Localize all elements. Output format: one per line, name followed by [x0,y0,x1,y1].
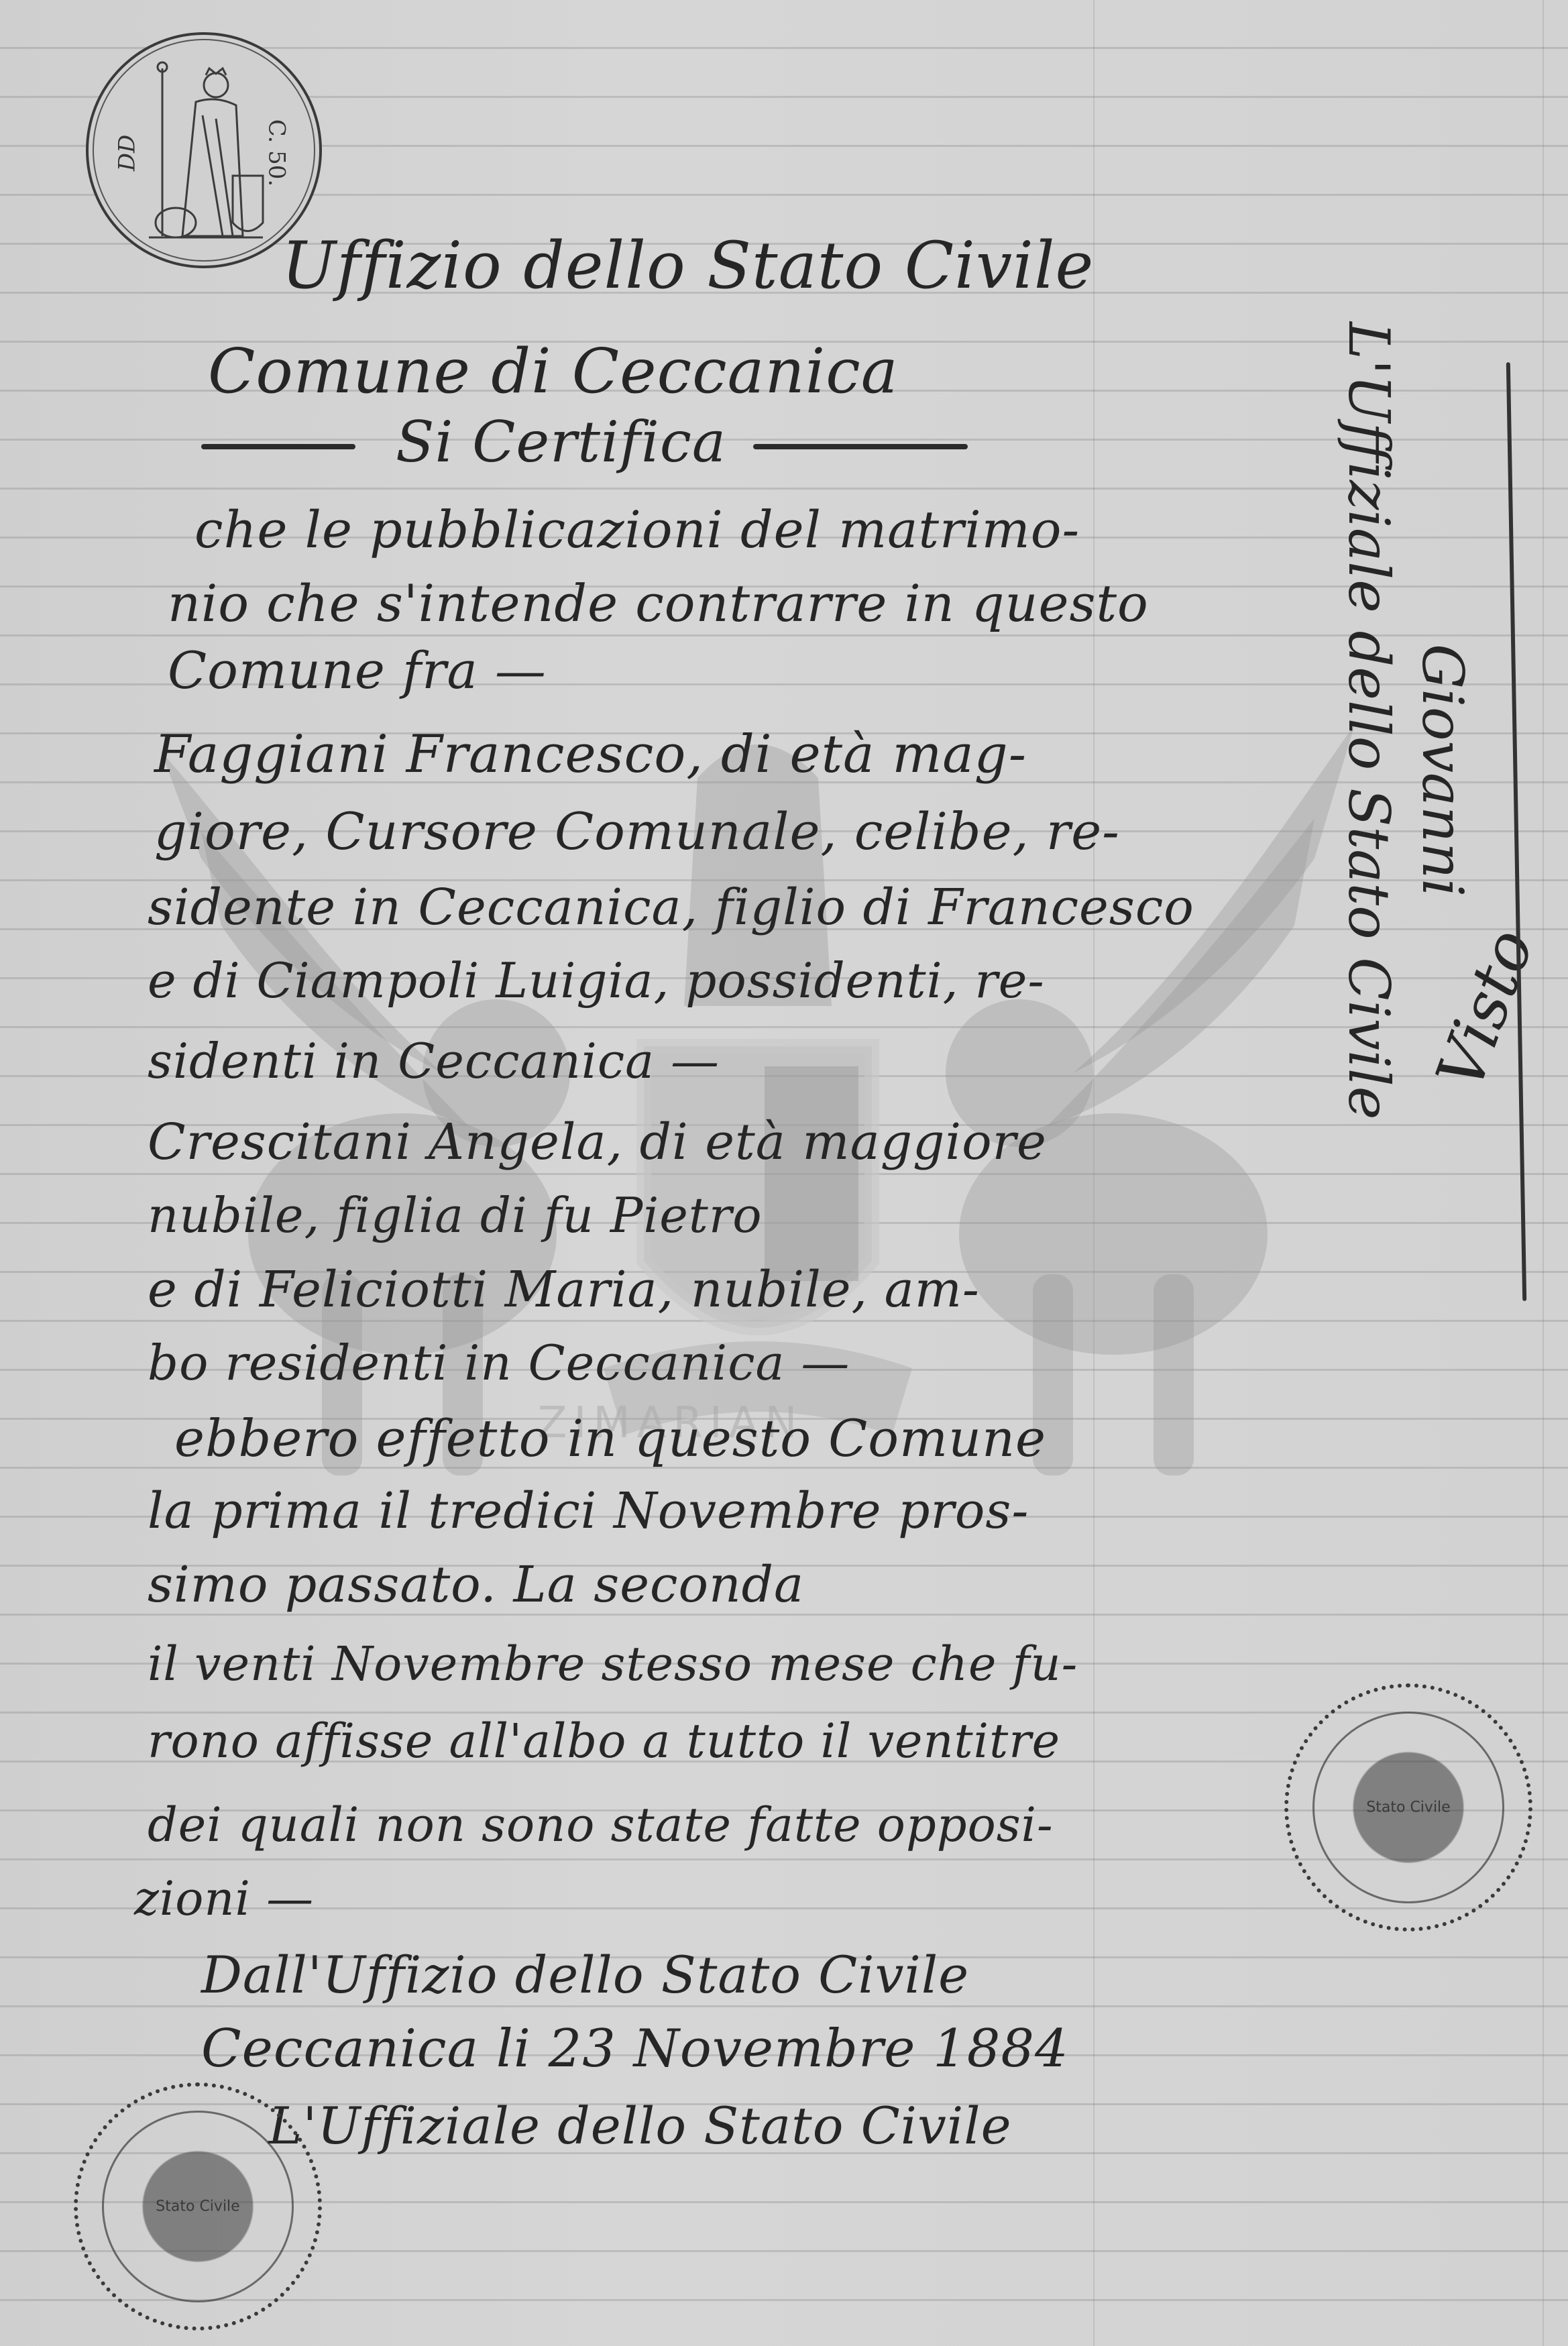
body-line: e di Ciampoli Luigia, possidenti, re- [148,952,1045,1009]
civil-registry-seal: Stato Civile [74,2082,322,2331]
heading-office: Uffizio dello Stato Civile [282,228,1094,303]
stamp-value-text: C. 50. [263,119,290,187]
margin-fold-line [1093,0,1095,2346]
margin-flourish [1506,362,1526,1301]
body-line: zioni — [134,1871,314,1926]
document-page: ZIMARIAN DD C. 50. Uffizio dello Stato C… [0,0,1568,2346]
closing-office: Dall'Uffizio dello Stato Civile [201,1945,969,2005]
certifica-text: Si Certifica [396,409,726,475]
body-line: sidenti in Ceccanica — [148,1033,720,1089]
body-line: e di Feliciotti Maria, nubile, am- [148,1261,980,1319]
body-line: sidente in Ceccanica, figlio di Francesc… [148,879,1194,936]
seal-label: Stato Civile [1366,1799,1450,1816]
body-line: la prima il tredici Novembre pros- [148,1482,1029,1540]
closing-signatory: L'Uffiziale dello Stato Civile [268,2096,1012,2156]
body-line: nubile, figlia di fu Pietro [148,1187,763,1243]
body-line: che le pubblicazioni del matrimo- [194,500,1080,559]
flourish-dash [201,444,355,449]
closing-place-date: Ceccanica li 23 Novembre 1884 [201,2019,1069,2079]
margin-office: L'Uffiziale dello Stato Civile [1336,322,1402,1119]
stamp-left-text: DD [113,135,140,172]
margin-signature: Giovanni [1410,644,1475,897]
body-line-bride: Crescitani Angela, di età maggiore [148,1113,1047,1171]
heading-certifica: Si Certifica [201,409,968,475]
body-line: ebbero effetto in questo Comune [174,1408,1046,1468]
heading-commune: Comune di Ceccanica [208,335,899,407]
body-line: rono affisse all'albo a tutto il ventitr… [148,1714,1060,1769]
body-line: il venti Novembre stesso mese che fu- [148,1636,1078,1691]
body-line: nio che s'intende contrarre in questo [168,573,1149,633]
body-line: dei quali non sono state fatte opposi- [148,1797,1054,1852]
civil-registry-seal: Stato Civile [1284,1683,1532,1932]
margin-fold-line [1543,0,1544,2346]
margin-visto: Visto [1422,919,1549,1099]
body-line: Comune fra — [168,640,547,700]
body-line: giore, Cursore Comunale, celibe, re- [154,801,1120,861]
italia-figure-icon [142,55,270,249]
flourish-dash [753,444,968,449]
body-line: simo passato. La seconda [148,1556,804,1614]
body-line: bo residenti in Ceccanica — [148,1335,850,1391]
body-line-groom: Faggiani Francesco, di età mag- [154,724,1027,785]
seal-label: Stato Civile [156,2198,239,2215]
